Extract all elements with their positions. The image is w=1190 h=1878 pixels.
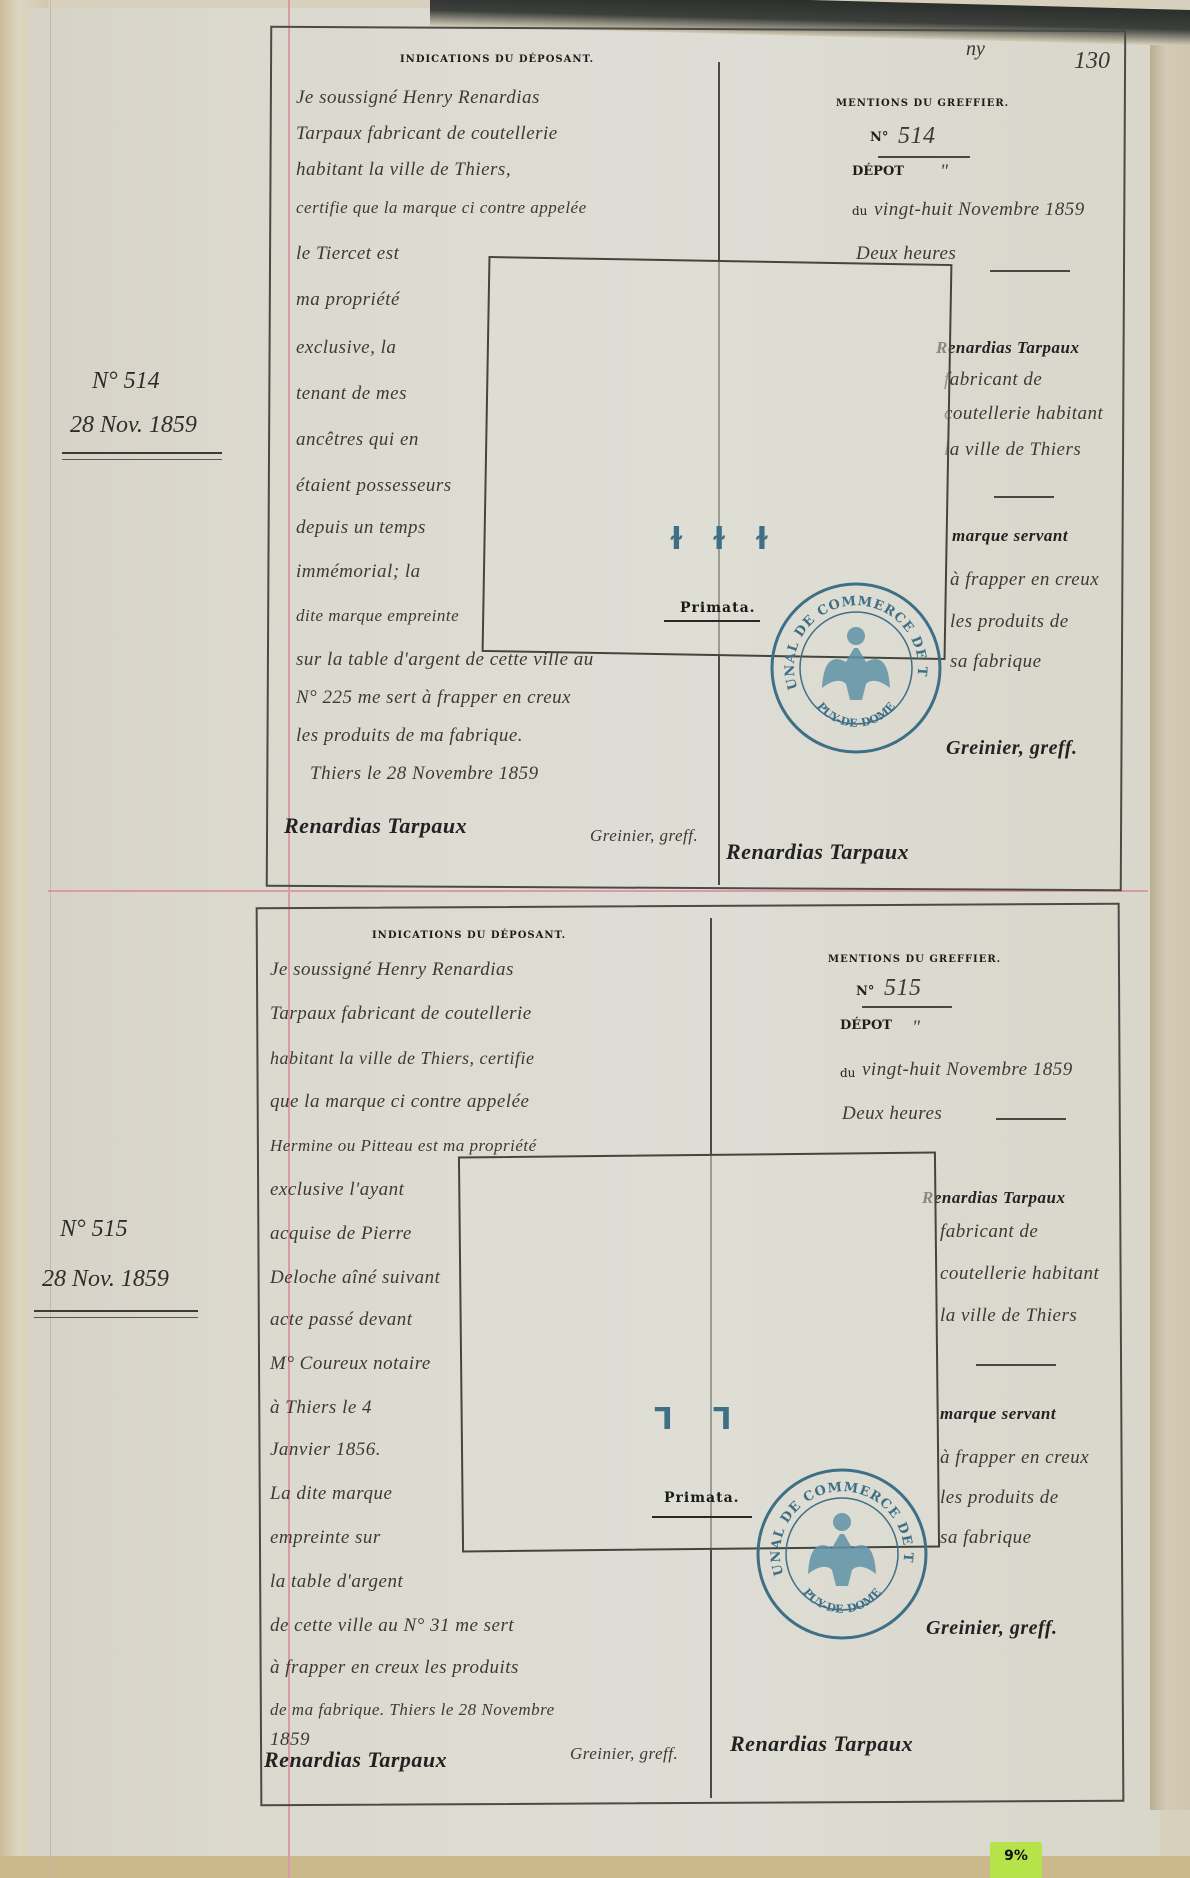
clerk-text-line: fabricant de: [944, 362, 1042, 398]
clerk-text-line: coutellerie habitant: [940, 1256, 1099, 1292]
depot-mark: ": [912, 1010, 920, 1046]
text-line: La dite marque: [270, 1476, 392, 1512]
text-line: M° Coureux notaire: [270, 1346, 431, 1382]
clerk-signature: Greinier, greff.: [590, 818, 698, 854]
text-line: à frapper en creux les produits: [270, 1650, 519, 1686]
entry-number: 515: [884, 970, 922, 1006]
trademark-impression: ɫɫɫ: [668, 522, 796, 557]
time-underline: [990, 270, 1070, 272]
clerk-heading: Mentions du greffier.: [836, 98, 1009, 109]
clerk-text-line: les produits de: [940, 1480, 1059, 1516]
text-line: habitant la ville de Thiers, certifie: [270, 1040, 534, 1076]
number-underline: [862, 1006, 952, 1008]
text-line: empreinte sur: [270, 1520, 381, 1556]
clerk-text-line: Renardias Tarpaux: [936, 330, 1079, 366]
text-line: de ma fabrique. Thiers le 28 Novembre: [270, 1692, 555, 1728]
clerk-text-line: fabricant de: [940, 1214, 1038, 1250]
depot-mark: ": [940, 154, 948, 190]
text-line: Deloche aîné suivant: [270, 1260, 440, 1296]
text-line: dite marque empreinte: [296, 598, 459, 634]
eagle-icon: [808, 1513, 876, 1586]
date-prefix: du: [852, 204, 867, 218]
tribunal-stamp: TRIBUNAL DE COMMERCE DE THIERS (PUY-DE-D…: [766, 578, 946, 758]
text-line: habitant la ville de Thiers,: [296, 152, 511, 188]
clerk-text-line: la ville de Thiers: [944, 432, 1081, 468]
margin-underline: [62, 452, 222, 460]
text-line: Tarpaux fabricant de coutellerie: [296, 116, 558, 152]
clerk-text-line: sa fabrique: [940, 1520, 1032, 1556]
text-line: exclusive l'ayant: [270, 1172, 404, 1208]
text-line: Janvier 1856.: [270, 1432, 381, 1468]
clerk-text-line: Renardias Tarpaux: [922, 1180, 1065, 1216]
clerk-text-line: à frapper en creux: [950, 562, 1099, 598]
text-line: étaient possesseurs: [296, 468, 452, 504]
margin-record-date: 28 Nov. 1859: [42, 1266, 169, 1293]
primata-caption: Primata.: [664, 1490, 740, 1506]
depositor-signature: Renardias Tarpaux: [284, 808, 467, 844]
margin-record-number: N° 514: [92, 368, 160, 395]
depot-label: DÉPOT: [852, 164, 904, 179]
clerk-signature: Greinier, greff.: [926, 1610, 1058, 1646]
text-line: Je soussigné Henry Renardias: [296, 80, 540, 116]
text-line: certifie que la marque ci contre appelée: [296, 190, 587, 226]
time-underline: [996, 1118, 1066, 1120]
deposit-time: Deux heures: [842, 1096, 942, 1132]
text-line: exclusive, la: [296, 330, 396, 366]
text-line: tenant de mes: [296, 376, 407, 412]
page-tab-marker: 9%: [990, 1842, 1042, 1878]
text-line: acquise de Pierre: [270, 1216, 412, 1252]
text-line: Tarpaux fabricant de coutellerie: [270, 996, 532, 1032]
depositor-signature: Renardias Tarpaux: [730, 1726, 913, 1762]
text-line: Thiers le 28 Novembre 1859: [310, 756, 539, 792]
margin-underline: [34, 1310, 198, 1318]
clerk-text-line: sa fabrique: [950, 644, 1042, 680]
text-line: N° 225 me sert à frapper en creux: [296, 680, 571, 716]
deposit-date: vingt-huit Novembre 1859: [874, 192, 1085, 228]
text-line: Je soussigné Henry Renardias: [270, 952, 514, 988]
text-line: la table d'argent: [270, 1564, 403, 1600]
margin-record-number: N° 515: [60, 1216, 128, 1243]
trademark-impression: ᒣᒣ: [654, 1402, 772, 1437]
tab-marker-label: 9%: [990, 1842, 1042, 1864]
clerk-heading: Mentions du greffier.: [828, 954, 1001, 965]
depositor-signature: Renardias Tarpaux: [726, 834, 909, 870]
clerk-text-line: à frapper en creux: [940, 1440, 1089, 1476]
clerk-text-line: coutellerie habitant: [944, 396, 1103, 432]
text-line: immémorial; la: [296, 554, 421, 590]
number-underline: [878, 156, 970, 158]
separator-line: [994, 496, 1054, 498]
depot-label: DÉPOT: [840, 1018, 892, 1033]
clerk-signature: Greinier, greff.: [946, 730, 1078, 766]
clerk-text-line: marque servant: [952, 518, 1068, 554]
clerk-text-line: les produits de: [950, 604, 1069, 640]
entry-number-label: N°: [856, 984, 874, 999]
text-line: ancêtres qui en: [296, 422, 419, 458]
caption-underline: [664, 620, 760, 622]
depositor-signature: Renardias Tarpaux: [264, 1742, 447, 1778]
text-line: à Thiers le 4: [270, 1390, 372, 1426]
eagle-icon: [822, 627, 890, 700]
text-line: acte passé devant: [270, 1302, 413, 1338]
text-line: ma propriété: [296, 282, 400, 318]
caption-underline: [652, 1516, 752, 1518]
date-prefix: du: [840, 1066, 855, 1080]
margin-record-date: 28 Nov. 1859: [70, 412, 197, 439]
clerk-signature: Greinier, greff.: [570, 1736, 678, 1772]
entry-number: 514: [898, 118, 936, 154]
page-edge-rule: [50, 0, 51, 1878]
primata-caption: Primata.: [680, 600, 756, 616]
text-line: de cette ville au N° 31 me sert: [270, 1608, 514, 1644]
text-line: depuis un temps: [296, 510, 426, 546]
page-stack-edge: [1150, 30, 1190, 1810]
clerk-text-line: la ville de Thiers: [940, 1298, 1077, 1334]
text-line: que la marque ci contre appelée: [270, 1084, 529, 1120]
separator-line: [976, 1364, 1056, 1366]
clerk-text-line: marque servant: [940, 1396, 1056, 1432]
deposit-date: vingt-huit Novembre 1859: [862, 1052, 1073, 1088]
depositor-heading: Indications du déposant.: [372, 930, 566, 941]
depositor-heading: Indications du déposant.: [400, 54, 594, 65]
entry-number-label: N°: [870, 130, 888, 145]
text-line: le Tiercet est: [296, 236, 399, 272]
text-line: les produits de ma fabrique.: [296, 718, 523, 754]
tribunal-stamp: TRIBUNAL DE COMMERCE DE THIERS (PUY-DE-D…: [752, 1464, 932, 1644]
